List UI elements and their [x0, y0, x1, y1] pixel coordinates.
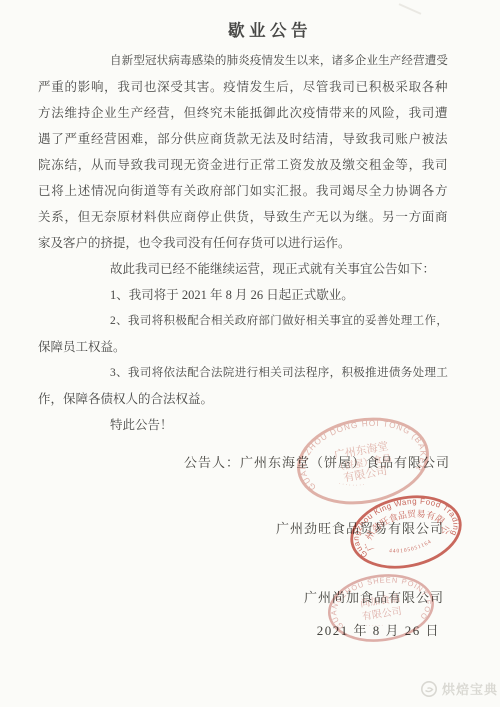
body-line: 严重的影响，我司也深受其害。疫情发生后，尽管我司已积极采取各种	[38, 74, 448, 100]
body-line-item-1: 1、我司将于 2021 年 8 月 26 日起正式歇业。	[38, 282, 448, 308]
body-line: 家及客户的挤提，也令我司没有任何存货可以进行运作。	[38, 230, 448, 256]
svg-text:· · · · · ·: · · · · · ·	[364, 621, 384, 632]
body-line: 方法维持企业生产经营，但终究未能抵御此次疫情带来的风险，我司遭	[38, 100, 448, 126]
body-line: 已将上述情况向街道等有关政府部门如实汇报。我司竭尽全力协调各方	[38, 178, 448, 204]
body-line: 院冻结，从而导致我司现无资金进行正常工资发放及缴交租金等，我司	[38, 152, 448, 178]
svg-text:440105051164: 440105051164	[388, 538, 434, 557]
watermark-text: 烘焙宝典	[442, 679, 498, 698]
body-line: 故此我司已经不能继续运营，现正式就有关事宜公告如下：	[38, 256, 448, 282]
body-line-item-2: 2、我司将积极配合相关政府部门做好相关事宜的妥善处理工作，	[38, 308, 448, 334]
announcement-body: 自新型冠状病毒感染的肺炎疫情发生以来，诸多企业生产经营遭受 严重的影响，我司也深…	[38, 48, 448, 438]
watermark-logo-icon	[420, 680, 438, 698]
body-line-item-3: 3、我司将依法配合法院进行相关司法程序，积极推进债务处理工	[38, 360, 448, 386]
watermark: 烘焙宝典	[420, 679, 498, 698]
company-seal-shangjia-icon: GUANGZHOU SHEEN POINT FOOD CO., LTD 尚加食品…	[321, 565, 442, 652]
scan-artifact-line	[399, 3, 422, 15]
body-line: 自新型冠状病毒感染的肺炎疫情发生以来，诸多企业生产经营遭受	[38, 48, 448, 74]
announcement-document: 歇业公告 自新型冠状病毒感染的肺炎疫情发生以来，诸多企业生产经营遭受 严重的影响…	[0, 0, 500, 707]
page-title: 歇业公告	[0, 17, 500, 41]
body-line: 关系，但无奈原材料供应商停止供货，导致生产无以为继。另一方面商	[38, 204, 448, 230]
body-line: 遇了严重经营困难，部分供应商货款无法及时结清，导致我司账户被法	[38, 126, 448, 152]
body-line: 保障员工权益。	[38, 334, 448, 360]
